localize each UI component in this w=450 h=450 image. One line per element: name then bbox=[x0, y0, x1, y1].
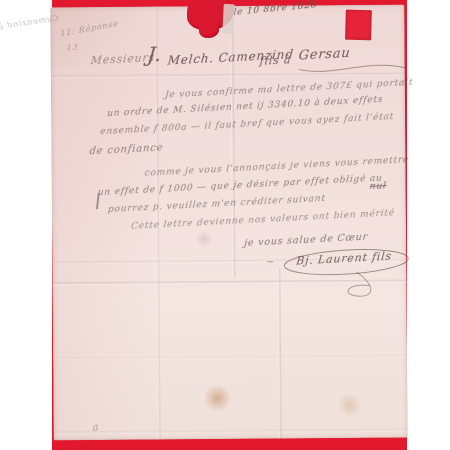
seal-cutout bbox=[345, 10, 372, 41]
struck-word: nul bbox=[369, 181, 387, 192]
margin-ink-dash bbox=[96, 193, 100, 209]
body-line: de confiance bbox=[89, 142, 164, 157]
letter-photograph: Camenzind à Gersau 11: Réponse 13 le 10 … bbox=[0, 0, 450, 450]
underline-flourish bbox=[297, 61, 409, 80]
docket-note-3: 13 bbox=[66, 43, 79, 53]
address-initial: J. bbox=[147, 42, 164, 67]
stain-right-bottom bbox=[337, 393, 361, 417]
body-line: un effet de f 1000 — que je désire par e… bbox=[97, 173, 383, 198]
body-line: pourrez p. veuillez m'en créditer suivan… bbox=[107, 194, 326, 215]
signature-dash: ~ bbox=[266, 257, 275, 267]
pencil-mark: a bbox=[92, 421, 100, 434]
signature-flourish bbox=[278, 246, 414, 305]
smudge-center bbox=[195, 230, 213, 248]
fold-line-horizontal-bottom bbox=[54, 429, 408, 435]
fold-line-vertical-center bbox=[230, 6, 235, 278]
fold-line-horizontal-lower bbox=[53, 355, 407, 361]
address-suffix: fils à bbox=[259, 53, 292, 68]
stain-center-bottom bbox=[203, 384, 231, 412]
torn-paper-remnant bbox=[222, 4, 235, 35]
address-salutation: Messieurs bbox=[90, 51, 155, 67]
letter-paper: Camenzind à Gersau 11: Réponse 13 le 10 … bbox=[50, 5, 407, 441]
